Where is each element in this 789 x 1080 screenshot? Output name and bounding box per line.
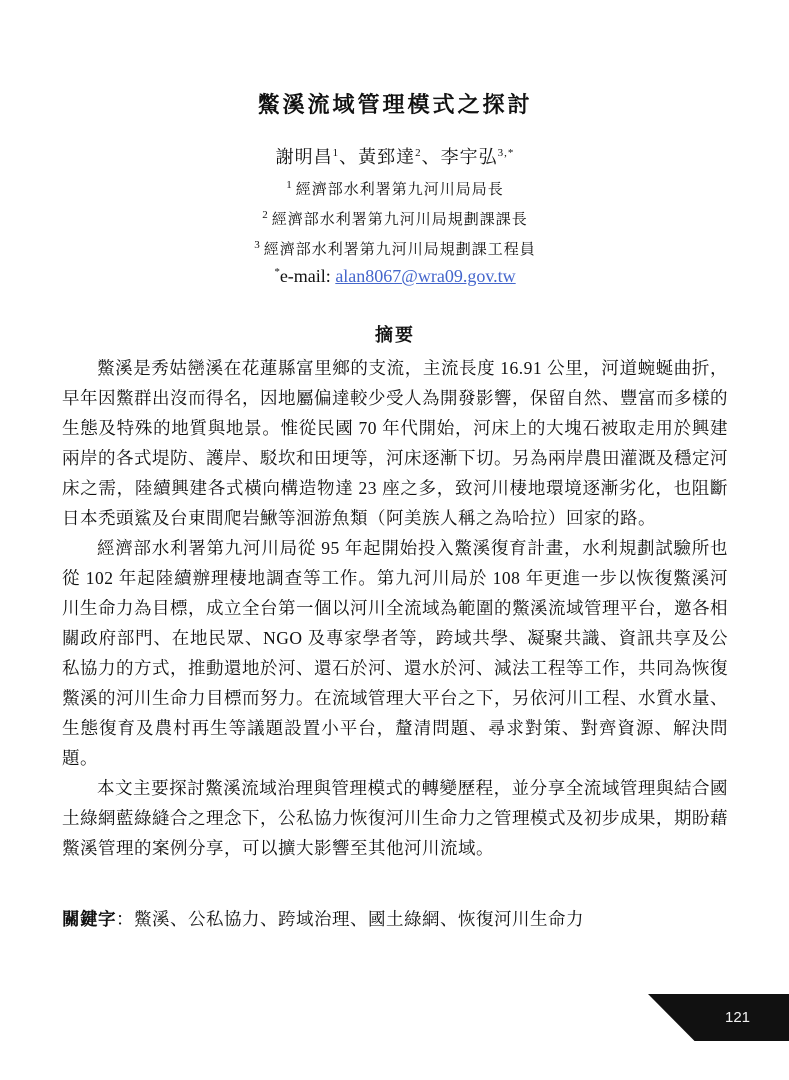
- affiliation-text-1: 經濟部水利署第九河川局局長: [296, 182, 504, 198]
- affiliation-2: 2經濟部水利署第九河川局規劃課課長: [62, 208, 728, 229]
- affiliation-1: 1經濟部水利署第九河川局局長: [62, 178, 728, 199]
- keywords-colon: ：: [116, 909, 134, 929]
- email-link[interactable]: alan8067@wra09.gov.tw: [335, 266, 515, 286]
- paper-title: 鱉溪流域管理模式之探討: [62, 88, 728, 119]
- abstract-paragraph-1: 鱉溪是秀姑巒溪在花蓮縣富里鄉的支流，主流長度 16.91 公里，河道蜿蜒曲折，早…: [62, 353, 728, 533]
- author-line: 謝明昌1、黃郅達2、李宇弘3,*: [62, 143, 728, 169]
- paper-page: 鱉溪流域管理模式之探討 謝明昌1、黃郅達2、李宇弘3,* 1經濟部水利署第九河川…: [0, 0, 789, 1080]
- abstract-paragraph-3: 本文主要探討鱉溪流域治理與管理模式的轉變歷程，並分享全流域管理與結合國土綠網藍綠…: [62, 773, 728, 863]
- author-separator: 、: [422, 147, 441, 167]
- author-separator: 、: [339, 147, 358, 167]
- abstract-heading: 摘要: [62, 321, 728, 347]
- keywords-text: 鱉溪、公私協力、跨域治理、國土綠網、恢復河川生命力: [134, 909, 584, 929]
- author-name-3: 李宇弘: [441, 147, 498, 167]
- affiliation-sup-3: 3: [254, 239, 261, 251]
- affiliation-sup-1: 1: [286, 179, 293, 191]
- keywords-label: 關鍵字: [62, 909, 116, 929]
- author-name-2: 黃郅達: [358, 147, 415, 167]
- email-colon: :: [326, 266, 336, 286]
- email-line: *e-mail: alan8067@wra09.gov.tw: [62, 266, 728, 287]
- author-name-1: 謝明昌: [276, 147, 333, 167]
- author-sup-3: 3,*: [498, 147, 515, 159]
- affiliation-sup-2: 2: [262, 209, 269, 221]
- affiliation-text-2: 經濟部水利署第九河川局規劃課課長: [272, 212, 528, 228]
- affiliation-3: 3經濟部水利署第九河川局規劃課工程員: [62, 238, 728, 259]
- page-number-badge: 121: [648, 994, 789, 1041]
- paper-content: 鱉溪流域管理模式之探討 謝明昌1、黃郅達2、李宇弘3,* 1經濟部水利署第九河川…: [62, 0, 728, 931]
- page-number: 121: [725, 1009, 750, 1026]
- affiliation-text-3: 經濟部水利署第九河川局規劃課工程員: [264, 242, 536, 258]
- email-label: e-mail: [280, 266, 326, 286]
- keywords-line: 關鍵字：鱉溪、公私協力、跨域治理、國土綠網、恢復河川生命力: [62, 906, 728, 931]
- abstract-paragraph-2: 經濟部水利署第九河川局從 95 年起開始投入鱉溪復育計畫，水利規劃試驗所也從 1…: [62, 533, 728, 773]
